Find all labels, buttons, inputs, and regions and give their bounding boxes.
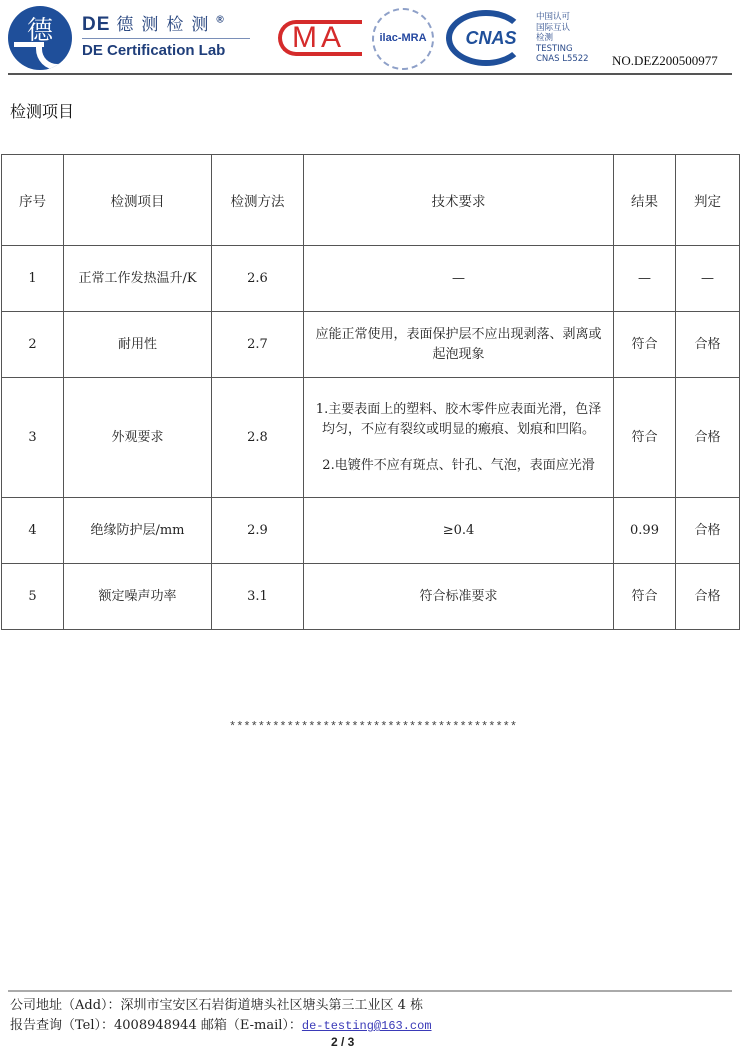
cell-verdict: 合格 xyxy=(676,378,740,498)
requirement-line-2: 2.电镀件不应有斑点、针孔、气泡，表面应光滑 xyxy=(310,456,607,476)
col-header-result: 结果 xyxy=(614,155,676,246)
cell-method: 3.1 xyxy=(212,564,304,630)
cnas-accreditation-text: 中国认可 国际互认 检测 TESTING CNAS L5522 xyxy=(536,12,589,65)
table-row: 1 正常工作发热温升/K 2.6 — — — xyxy=(2,246,740,312)
col-header-requirement: 技术要求 xyxy=(304,155,614,246)
col-header-verdict: 判定 xyxy=(676,155,740,246)
requirement-line-1: 1.主要表面上的塑料、胶木零件应表面光滑，色泽均匀，不应有裂纹或明显的瘢痕、划痕… xyxy=(310,400,607,440)
cell-item: 耐用性 xyxy=(64,312,212,378)
ilac-mra-logo-icon: ilac-MRA xyxy=(372,8,434,70)
cell-item: 正常工作发热温升/K xyxy=(64,246,212,312)
table-row: 5 额定噪声功率 3.1 符合标准要求 符合 合格 xyxy=(2,564,740,630)
cell-no: 2 xyxy=(2,312,64,378)
de-logo-icon: 德 xyxy=(8,6,72,70)
cell-verdict: 合格 xyxy=(676,498,740,564)
cell-result: — xyxy=(614,246,676,312)
section-title: 检测项目 xyxy=(10,99,74,122)
tel-value: 4008948944 xyxy=(114,1018,197,1033)
cell-verdict: 合格 xyxy=(676,312,740,378)
cell-verdict: — xyxy=(676,246,740,312)
cell-no: 3 xyxy=(2,378,64,498)
cell-requirement: 符合标准要求 xyxy=(304,564,614,630)
cell-result: 0.99 xyxy=(614,498,676,564)
address-label: 公司地址（Add）： xyxy=(10,998,121,1013)
table-row: 3 外观要求 2.8 1.主要表面上的塑料、胶木零件应表面光滑，色泽均匀，不应有… xyxy=(2,378,740,498)
cell-requirement: 1.主要表面上的塑料、胶木零件应表面光滑，色泽均匀，不应有裂纹或明显的瘢痕、划痕… xyxy=(304,378,614,498)
cell-verdict: 合格 xyxy=(676,564,740,630)
col-header-item: 检测项目 xyxy=(64,155,212,246)
contact-line: 报告查询（Tel）：4008948944 邮箱（E-mail）：de-testi… xyxy=(10,1016,432,1036)
table-row: 4 绝缘防护层/mm 2.9 ≥0.4 0.99 合格 xyxy=(2,498,740,564)
email-label: 邮箱（E-mail）： xyxy=(201,1018,302,1033)
cell-item: 额定噪声功率 xyxy=(64,564,212,630)
footer-divider xyxy=(8,990,732,992)
report-number: NO.DEZ200500977 xyxy=(612,53,718,69)
report-header: 德 DE德测检测® DE Certification Lab MA ilac-M… xyxy=(0,0,750,76)
brand-cn: 德测检测 xyxy=(116,15,216,35)
col-header-method: 检测方法 xyxy=(212,155,304,246)
cnas-logo-icon: CNAS xyxy=(446,10,526,66)
table-header-row: 序号 检测项目 检测方法 技术要求 结果 判定 xyxy=(2,155,740,246)
cell-no: 1 xyxy=(2,246,64,312)
address-value: 深圳市宝安区石岩街道塘头社区塘头第三工业区 4 栋 xyxy=(121,998,424,1013)
brand-full-name: DE Certification Lab xyxy=(82,42,250,59)
end-of-report-marker: **************************************** xyxy=(229,720,517,734)
registered-mark: ® xyxy=(216,15,224,26)
email-link[interactable]: de-testing@163.com xyxy=(302,1019,432,1033)
table-row: 2 耐用性 2.7 应能正常使用，表面保护层不应出现剥落、剥离或起泡现象 符合 … xyxy=(2,312,740,378)
report-footer: 公司地址（Add）：深圳市宝安区石岩街道塘头社区塘头第三工业区 4 栋 报告查询… xyxy=(10,996,432,1036)
cell-method: 2.6 xyxy=(212,246,304,312)
cell-result: 符合 xyxy=(614,564,676,630)
col-header-no: 序号 xyxy=(2,155,64,246)
cell-item: 外观要求 xyxy=(64,378,212,498)
address-line: 公司地址（Add）：深圳市宝安区石岩街道塘头社区塘头第三工业区 4 栋 xyxy=(10,996,432,1016)
cell-item: 绝缘防护层/mm xyxy=(64,498,212,564)
cell-requirement: — xyxy=(304,246,614,312)
cell-method: 2.9 xyxy=(212,498,304,564)
header-divider xyxy=(8,73,732,75)
cma-logo-icon: MA xyxy=(278,20,362,56)
cell-requirement: ≥0.4 xyxy=(304,498,614,564)
brand-en: DE xyxy=(82,14,110,35)
cell-no: 4 xyxy=(2,498,64,564)
cell-no: 5 xyxy=(2,564,64,630)
cell-requirement: 应能正常使用，表面保护层不应出现剥落、剥离或起泡现象 xyxy=(304,312,614,378)
brand-name: DE德测检测® DE Certification Lab xyxy=(82,10,250,59)
cell-method: 2.8 xyxy=(212,378,304,498)
page-number: 2 / 3 xyxy=(331,1035,354,1049)
test-results-table: 序号 检测项目 检测方法 技术要求 结果 判定 1 正常工作发热温升/K 2.6… xyxy=(1,154,740,630)
tel-label: 报告查询（Tel）： xyxy=(10,1018,114,1033)
cell-result: 符合 xyxy=(614,312,676,378)
cell-result: 符合 xyxy=(614,378,676,498)
cell-method: 2.7 xyxy=(212,312,304,378)
